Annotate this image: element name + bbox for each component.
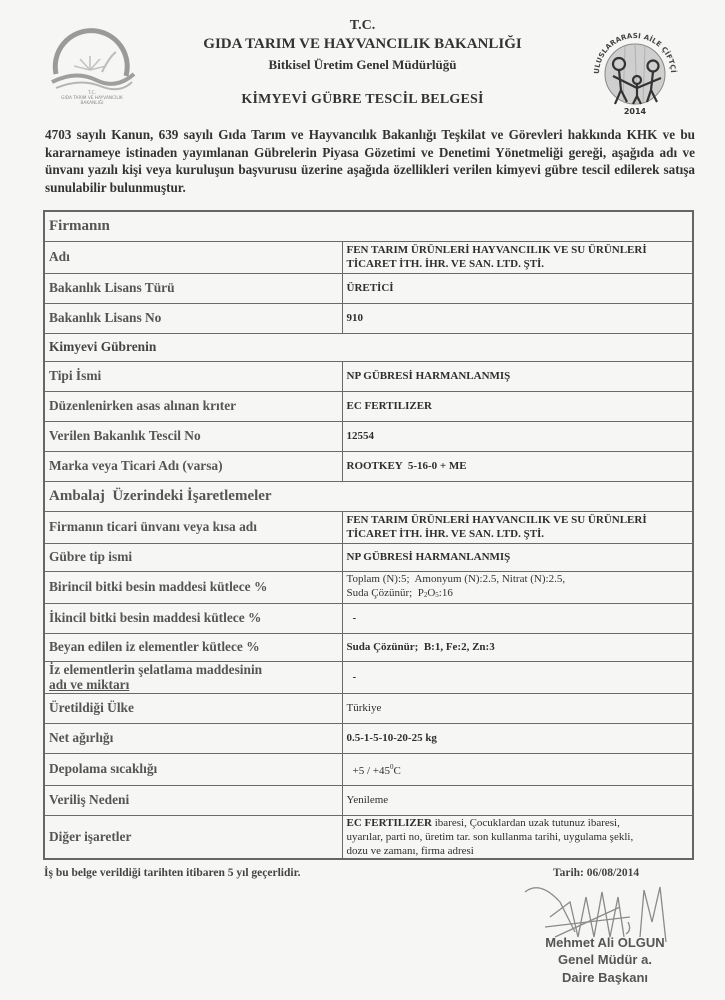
table-row: Veriliş Nedeni Yenileme (44, 785, 693, 815)
intro-paragraph: 4703 sayılı Kanun, 639 sayılı Gıda Tarım… (45, 126, 695, 196)
table-row: Bakanlık Lisans Türü ÜRETİCİ (44, 273, 693, 303)
firm-name-line2: TİCARET İTH. İHR. VE SAN. LTD. ŞTİ. (347, 257, 689, 271)
section-fertilizer-title: Kimyevi Gübrenin (44, 333, 693, 361)
origin-value: Türkiye (342, 693, 693, 723)
table-row: Üretildiği Ülke Türkiye (44, 693, 693, 723)
section-row-fertilizer: Kimyevi Gübrenin (44, 333, 693, 361)
storage-temp-label: Depolama sıcaklığı (44, 753, 342, 785)
net-weight-label: Net ağırlığı (44, 723, 342, 753)
table-row: Bakanlık Lisans No 910 (44, 303, 693, 333)
criteria-label: Düzenlenirken asas alınan krıter (44, 391, 342, 421)
secondary-nutrient-label: İkincil bitki besin maddesi kütlece % (44, 603, 342, 633)
primary-line2-suffix: :16 (439, 587, 453, 599)
table-row: İz elementlerin şelatlama maddesinin adı… (44, 661, 693, 693)
table-row: Tipi İsmi NP GÜBRESİ HARMANLANMIŞ (44, 361, 693, 391)
chelating-label: İz elementlerin şelatlama maddesinin adı… (44, 661, 342, 693)
fert-type-value: NP GÜBRESİ HARMANLANMIŞ (342, 543, 693, 571)
other-markings-line1: EC FERTILIZER ibaresi, Çocuklardan uzak … (347, 816, 689, 830)
other-markings-label: Diğer işaretler (44, 815, 342, 859)
registration-no-label: Verilen Bakanlık Tescil No (44, 421, 342, 451)
firm-name-label: Adı (44, 241, 342, 273)
signatory-title-1: Genel Müdür a. (490, 952, 720, 967)
brand-label: Marka veya Ticari Adı (varsa) (44, 451, 342, 481)
table-row: Gübre tip ismi NP GÜBRESİ HARMANLANMIŞ (44, 543, 693, 571)
other-markings-line2: uyarılar, parti no, üretim tar. son kull… (347, 830, 689, 844)
license-no-value: 910 (342, 303, 693, 333)
table-row: Beyan edilen iz elementler kütlece % Sud… (44, 633, 693, 661)
table-row: Düzenlenirken asas alınan krıter EC FERT… (44, 391, 693, 421)
license-type-value: ÜRETİCİ (342, 273, 693, 303)
primary-nutrient-value: Toplam (N):5; Amonyum (N):2.5, Nitrat (N… (342, 571, 693, 603)
other-markings-value: EC FERTILIZER ibaresi, Çocuklardan uzak … (342, 815, 693, 859)
issue-date: Tarih: 06/08/2014 (553, 867, 639, 879)
trade-name-value: FEN TARIM ÜRÜNLERİ HAYVANCILIK VE SU ÜRÜ… (342, 511, 693, 543)
validity-note: İş bu belge verildiği tarihten itibaren … (44, 867, 301, 879)
trace-elements-label: Beyan edilen iz elementler kütlece % (44, 633, 342, 661)
table-row: Depolama sıcaklığı +5 / +450C (44, 753, 693, 785)
certificate-table: Firmanın Adı FEN TARIM ÜRÜNLERİ HAYVANCI… (43, 210, 694, 860)
section-row-packaging: Ambalaj Üzerindeki İşaretlemeler (44, 481, 693, 511)
license-type-label: Bakanlık Lisans Türü (44, 273, 342, 303)
section-packaging-title: Ambalaj Üzerindeki İşaretlemeler (44, 481, 693, 511)
family-farming-year-logo-icon: ULUSLARARASI AİLE ÇİFTÇİLİĞİ YILI 2014 (585, 24, 685, 116)
fert-type-label: Gübre tip ismi (44, 543, 342, 571)
trade-name-line2: TİCARET İTH. İHR. VE SAN. LTD. ŞTİ. (347, 527, 689, 541)
table-row: Firmanın ticari ünvanı veya kısa adı FEN… (44, 511, 693, 543)
firm-name-line1: FEN TARIM ÜRÜNLERİ HAYVANCILIK VE SU ÜRÜ… (347, 243, 689, 257)
section-row-firm: Firmanın (44, 211, 693, 241)
other-markings-bold: EC FERTILIZER (347, 817, 433, 829)
other-markings-line1-rest: ibaresi, Çocuklardan uzak tutunuz ibares… (432, 817, 620, 829)
storage-unit: C (393, 765, 400, 777)
table-row: Marka veya Ticari Adı (varsa) ROOTKEY 5-… (44, 451, 693, 481)
criteria-value: EC FERTILIZER (342, 391, 693, 421)
origin-label: Üretildiği Ülke (44, 693, 342, 723)
table-row: Diğer işaretler EC FERTILIZER ibaresi, Ç… (44, 815, 693, 859)
trade-name-label: Firmanın ticari ünvanı veya kısa adı (44, 511, 342, 543)
table-row: İkincil bitki besin maddesi kütlece % - (44, 603, 693, 633)
type-label: Tipi İsmi (44, 361, 342, 391)
primary-nutrient-line2: Suda Çözünür; P2O5:16 (347, 586, 689, 602)
reason-value: Yenileme (342, 785, 693, 815)
brand-value: ROOTKEY 5-16-0 + ME (342, 451, 693, 481)
trade-name-line1: FEN TARIM ÜRÜNLERİ HAYVANCILIK VE SU ÜRÜ… (347, 513, 689, 527)
chelating-label-line1: İz elementlerin şelatlama maddesinin (49, 662, 338, 677)
primary-line2-prefix: Suda Çözünür; P (347, 587, 424, 599)
trace-elements-value: Suda Çözünür; B:1, Fe:2, Zn:3 (342, 633, 693, 661)
section-firm-title: Firmanın (44, 211, 693, 241)
table-row: Adı FEN TARIM ÜRÜNLERİ HAYVANCILIK VE SU… (44, 241, 693, 273)
storage-prefix: +5 / +45 (353, 765, 390, 777)
table-row: Verilen Bakanlık Tescil No 12554 (44, 421, 693, 451)
firm-name-value: FEN TARIM ÜRÜNLERİ HAYVANCILIK VE SU ÜRÜ… (342, 241, 693, 273)
secondary-nutrient-value: - (342, 603, 693, 633)
reason-label: Veriliş Nedeni (44, 785, 342, 815)
chelating-label-line2: adı ve miktarı (49, 677, 338, 692)
license-no-label: Bakanlık Lisans No (44, 303, 342, 333)
table-row: Net ağırlığı 0.5-1-5-10-20-25 kg (44, 723, 693, 753)
primary-nutrient-line1: Toplam (N):5; Amonyum (N):2.5, Nitrat (N… (347, 572, 689, 586)
svg-text:2014: 2014 (624, 107, 647, 116)
other-markings-line3: dozu ve zamanı, firma adresi (347, 844, 689, 858)
net-weight-value: 0.5-1-5-10-20-25 kg (342, 723, 693, 753)
registration-no-value: 12554 (342, 421, 693, 451)
storage-temp-value: +5 / +450C (342, 753, 693, 785)
signatory-name: Mehmet Ali OLGUN (490, 935, 720, 950)
signatory-title-2: Daire Başkanı (490, 970, 720, 985)
type-value: NP GÜBRESİ HARMANLANMIŞ (342, 361, 693, 391)
table-row: Birincil bitki besin maddesi kütlece % T… (44, 571, 693, 603)
chelating-value: - (342, 661, 693, 693)
primary-nutrient-label: Birincil bitki besin maddesi kütlece % (44, 571, 342, 603)
